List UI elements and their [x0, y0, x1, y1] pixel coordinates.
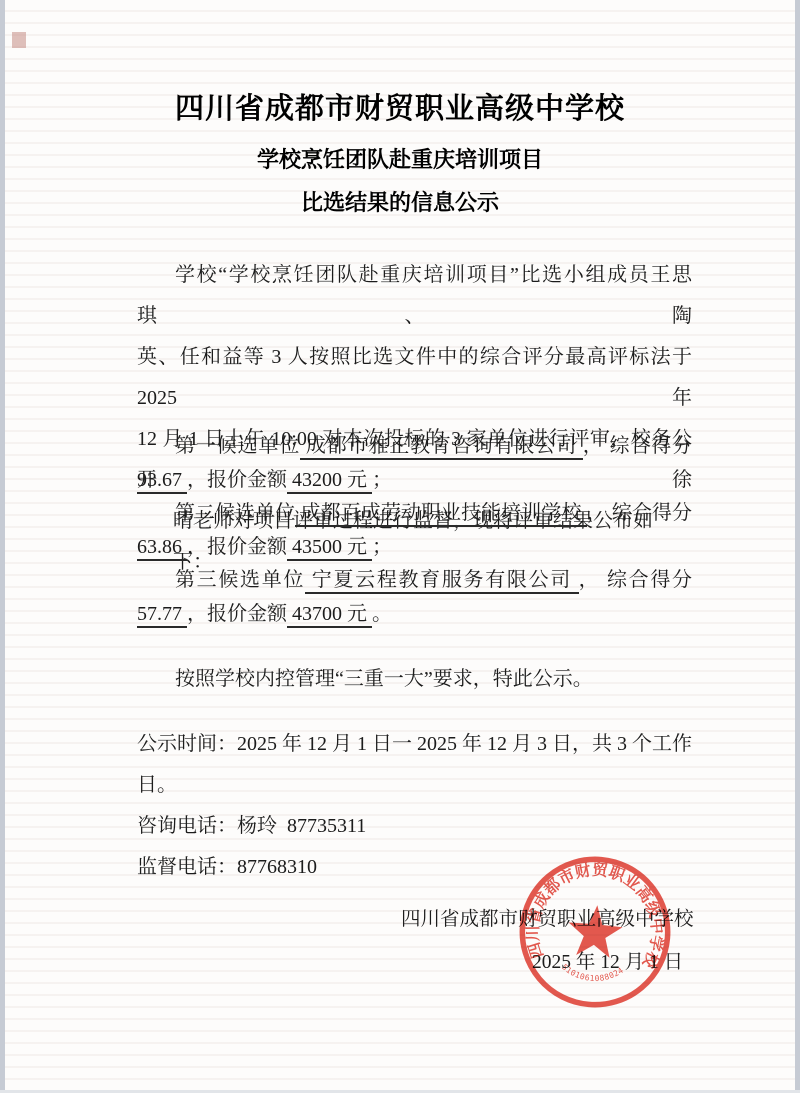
notice-line: 按照学校内控管理“三重一大”要求，特此公示。 — [137, 666, 730, 693]
candidate-2-company-name: 成都百成劳动职业技能培训学校 — [295, 502, 586, 527]
seal-graphic: 四川省成都市财贸职业高级中学校 5101061088024 — [516, 853, 673, 1010]
document-subtitle-project: 学校烹饪团队赴重庆培训项目 — [0, 143, 800, 174]
candidate-2-score-value: 63.86 — [137, 536, 187, 561]
candidate-2-amount-label: ，报价金额 — [187, 536, 287, 558]
candidate-3-rank-label: 第三候选单位 — [175, 569, 305, 591]
candidate-3-score-label: ， 综合得分 — [579, 569, 692, 591]
candidate-1-score-label: ， 综合得分 — [583, 435, 692, 457]
document-page: 四川省成都市财贸职业高级中学校 学校烹饪团队赴重庆培训项目 比选结果的信息公示 … — [0, 0, 800, 1093]
candidate-3-amount-value: 43700 元 — [287, 603, 372, 628]
page-left-edge — [0, 0, 5, 1093]
candidate-1-rank-label: 第一候选单位 — [175, 435, 300, 457]
candidate-2-amount-value: 43500 元 — [287, 536, 372, 561]
seal-star — [566, 903, 624, 959]
candidate-1-company-line: 第一候选单位 成都市雅正教育咨询有限公司 ， 综合得分 — [137, 430, 692, 464]
official-seal: 四川省成都市财贸职业高级中学校 5101061088024 — [516, 853, 674, 1011]
candidates-list: 第一候选单位 成都市雅正教育咨询有限公司 ， 综合得分 93.67 ，报价金额 … — [137, 430, 692, 631]
document-title: 四川省成都市财贸职业高级中学校 — [0, 86, 800, 127]
candidate-2-company-line: 第二候选单位 成都百成劳动职业技能培训学校 ， 综合得分 — [137, 497, 692, 531]
candidate-3-tail: 。 — [372, 603, 392, 625]
candidate-2-score-line: 63.86 ，报价金额 43500 元 ； — [137, 531, 692, 565]
candidate-1-amount-label: ，报价金额 — [187, 469, 287, 491]
publicity-period-line: 公示时间：2025 年 12 月 1 日一 2025 年 12 月 3 日，共 … — [137, 724, 692, 806]
seal-code: 5101061088024 — [559, 960, 626, 985]
corner-mark — [12, 32, 26, 48]
candidate-3-company-name: 宁夏云程教育服务有限公司 — [305, 569, 579, 594]
svg-text:5101061088024: 5101061088024 — [559, 960, 626, 985]
intro-line-1: 学校“学校烹饪团队赴重庆培训项目”比选小组成员王思琪、陶 — [137, 255, 692, 337]
candidate-1-tail: ； — [372, 469, 392, 491]
document-subtitle-result: 比选结果的信息公示 — [0, 186, 800, 217]
candidate-1-score-value: 93.67 — [137, 469, 187, 494]
candidate-1-score-line: 93.67 ，报价金额 43200 元 ； — [137, 464, 692, 498]
candidate-1-company-name: 成都市雅正教育咨询有限公司 — [300, 435, 583, 460]
candidate-3-company-line: 第三候选单位 宁夏云程教育服务有限公司 ， 综合得分 — [137, 564, 692, 598]
candidate-2-tail: ； — [372, 536, 392, 558]
candidate-2-score-label: ， 综合得分 — [587, 502, 692, 524]
candidate-3-score-value: 57.77 — [137, 603, 187, 628]
page-right-edge — [795, 0, 800, 1093]
candidate-3-score-line: 57.77 ，报价金额 43700 元 。 — [137, 598, 692, 632]
intro-line-2: 英、任和益等 3 人按照比选文件中的综合评分最高评标法于 2025 年 — [137, 337, 692, 419]
candidate-2-rank-label: 第二候选单位 — [175, 502, 295, 524]
candidate-1-amount-value: 43200 元 — [287, 469, 372, 494]
candidate-3-amount-label: ，报价金额 — [187, 603, 287, 625]
consult-phone-line: 咨询电话：杨玲 87735311 — [137, 806, 692, 847]
